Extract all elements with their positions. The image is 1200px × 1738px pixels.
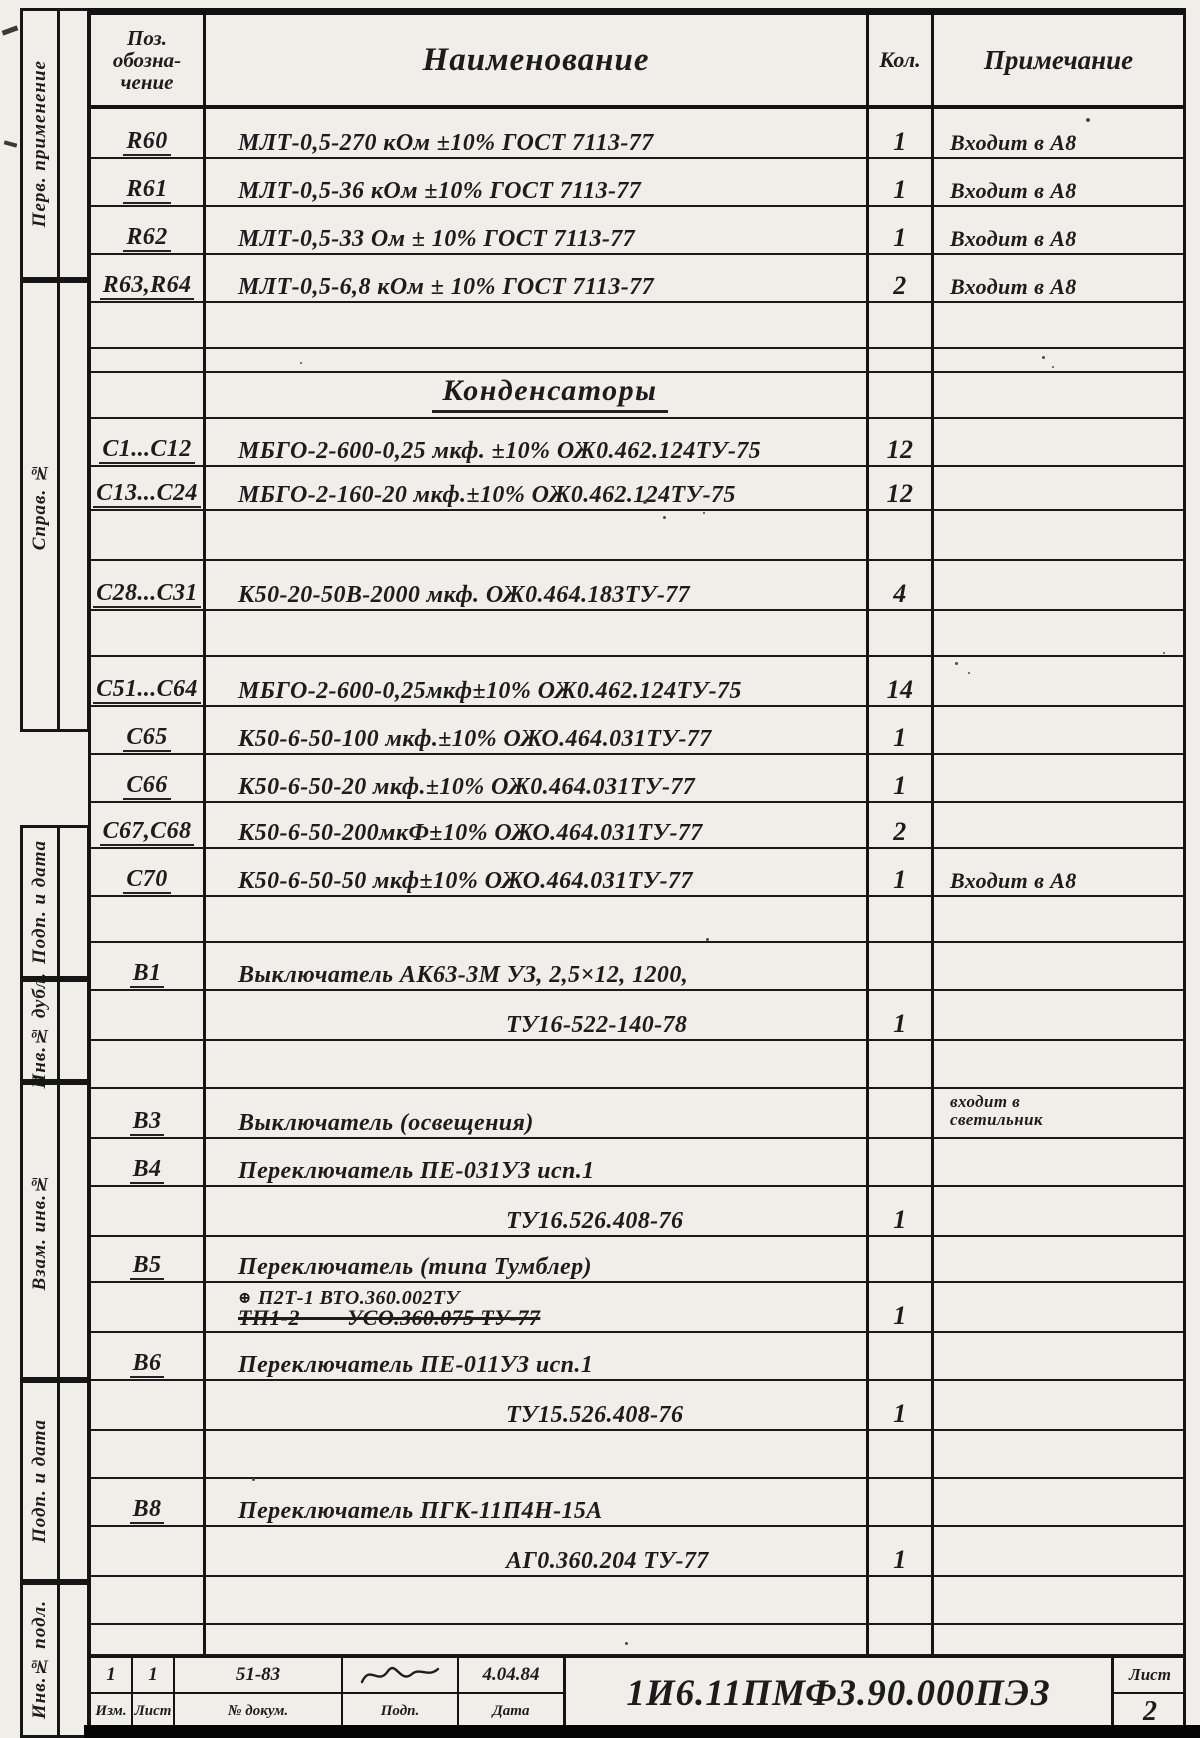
cell-note xyxy=(934,991,1183,1039)
scan-speck xyxy=(955,662,958,665)
cell-pos-designation: С13...С24 xyxy=(91,467,206,509)
row-pos-designation: R60 xyxy=(123,129,170,156)
row-pos-designation: С28...С31 xyxy=(93,581,201,608)
table-row xyxy=(91,1431,1183,1479)
table-row: С51...С64МБГО-2-600-0,25мкф±10% ОЖ0.462.… xyxy=(91,657,1183,707)
table-row: В6Переключатель ПЕ-011УЗ исп.1 xyxy=(91,1333,1183,1381)
cell-note xyxy=(934,1187,1183,1235)
row-name-continuation: АГ0.360.204 ТУ-77 xyxy=(506,1549,709,1574)
row-qty: 1 xyxy=(893,1547,906,1573)
table-row: ТУ16-522-140-781 xyxy=(91,991,1183,1041)
cell-name: МЛТ-0,5-36 кОм ±10% ГОСТ 7113-77 xyxy=(206,159,869,205)
row-name: Переключатель ПЕ-011УЗ исп.1 xyxy=(238,1353,593,1378)
cell-name: Переключатель (типа Тумблер) xyxy=(206,1237,869,1281)
row-qty: 1 xyxy=(893,1401,906,1427)
row-name-continuation: ТУ16.526.408-76 xyxy=(506,1209,683,1234)
row-note-line: светильник xyxy=(950,1111,1043,1130)
cell-qty: 14 xyxy=(869,657,934,705)
cell-note: Входит в А8 xyxy=(934,207,1183,253)
table-row: С65К50-6-50-100 мкф.±10% ОЖО.464.031ТУ-7… xyxy=(91,707,1183,755)
parts-table: Поз. обозна- чение Наименование Кол. При… xyxy=(88,8,1186,1656)
cell-note xyxy=(934,611,1183,655)
signature-cell xyxy=(343,1658,459,1692)
sheet-label: Лист xyxy=(1114,1658,1186,1694)
cell-qty xyxy=(869,1139,934,1185)
cell-qty: 1 xyxy=(869,707,934,753)
cell-qty: 2 xyxy=(869,255,934,301)
cell-pos-designation: В4 xyxy=(91,1139,206,1185)
cell-name xyxy=(206,1625,869,1654)
cell-pos-designation xyxy=(91,897,206,941)
cell-pos-designation: В6 xyxy=(91,1333,206,1379)
cell-name: Переключатель ПЕ-011УЗ исп.1 xyxy=(206,1333,869,1379)
scan-speck xyxy=(252,1478,255,1481)
cell-qty xyxy=(869,943,934,989)
sheet-number: 2 xyxy=(1114,1694,1186,1729)
row-note-multiline: входит всветильник xyxy=(950,1093,1043,1134)
row-name: МЛТ-0,5-270 кОм ±10% ГОСТ 7113-77 xyxy=(238,131,654,156)
cell-note xyxy=(934,349,1183,371)
stamp-label: Подп. и дата xyxy=(29,1419,51,1543)
row-qty: 4 xyxy=(893,581,906,607)
table-row xyxy=(91,303,1183,349)
cell-note: Входит в А8 xyxy=(934,159,1183,205)
scan-speck xyxy=(706,938,709,941)
table-row: С67,С68К50-6-50-200мкФ±10% ОЖО.464.031ТУ… xyxy=(91,803,1183,849)
row-qty: 1 xyxy=(893,1011,906,1037)
cell-note xyxy=(934,803,1183,847)
row-pos-designation: С65 xyxy=(123,725,170,752)
row-name: К50-6-50-20 мкф.±10% ОЖ0.464.031ТУ-77 xyxy=(238,775,695,800)
cell-qty xyxy=(869,1333,934,1379)
table-header-row: Поз. обозна- чение Наименование Кол. При… xyxy=(91,15,1183,109)
cell-name xyxy=(206,611,869,655)
stamp-label-zone: Инв.№ дубл. xyxy=(23,982,60,1079)
cell-name: ⊕П2Т-1 ВТО.360.002ТУТП1-2 УСО.360.075 ТУ… xyxy=(206,1283,869,1331)
cell-qty xyxy=(869,1625,934,1654)
signature-mark xyxy=(358,1662,442,1688)
row-pos-designation: В3 xyxy=(130,1109,165,1136)
cell-pos-designation: С67,С68 xyxy=(91,803,206,847)
row-pos-designation: С66 xyxy=(123,773,170,800)
row-qty: 12 xyxy=(887,481,914,507)
cell-note xyxy=(934,897,1183,941)
row-qty: 2 xyxy=(893,273,906,299)
cell-note xyxy=(934,467,1183,509)
cell-name: К50-6-50-200мкФ±10% ОЖО.464.031ТУ-77 xyxy=(206,803,869,847)
cell-pos-designation: С28...С31 xyxy=(91,561,206,609)
row-name: Выключатель АК63-3М УЗ, 2,5×12, 1200, xyxy=(238,963,688,988)
cell-qty xyxy=(869,1431,934,1477)
cell-note xyxy=(934,1139,1183,1185)
cell-note xyxy=(934,943,1183,989)
cell-qty xyxy=(869,349,934,371)
stamp-label: Справ. № xyxy=(29,461,51,550)
scan-speck xyxy=(663,516,666,519)
cell-pos-designation xyxy=(91,1041,206,1087)
row-name-continuation: ТУ16-522-140-78 xyxy=(506,1013,687,1038)
revision-label-cell: Подп. xyxy=(343,1694,459,1729)
revision-values-row: 1 1 51-83 4.04.84 xyxy=(91,1658,563,1694)
cell-pos-designation xyxy=(91,1527,206,1575)
row-note-line: входит в xyxy=(950,1093,1043,1112)
row-qty: 1 xyxy=(893,225,906,251)
table-row: С66К50-6-50-20 мкф.±10% ОЖ0.464.031ТУ-77… xyxy=(91,755,1183,803)
stamp-label: Подп. и дата xyxy=(29,840,51,964)
cell-note xyxy=(934,657,1183,705)
scan-speck xyxy=(643,500,647,504)
cell-name: К50-6-50-50 мкф±10% ОЖО.464.031ТУ-77 xyxy=(206,849,869,895)
scan-speck xyxy=(703,512,705,514)
row-name: МБГО-2-600-0,25 мкф. ±10% ОЖ0.462.124ТУ-… xyxy=(238,439,761,464)
row-pos-designation: С13...С24 xyxy=(93,481,201,508)
cell-name xyxy=(206,1041,869,1087)
row-pos-designation: В4 xyxy=(130,1157,165,1184)
cell-pos-designation xyxy=(91,1283,206,1331)
stamp-label: Взам. инв.№ xyxy=(29,1172,51,1290)
revision-label: Изм. xyxy=(95,1703,126,1720)
revision-col2: 1 xyxy=(148,1664,158,1686)
cell-qty xyxy=(869,303,934,347)
table-row: R63,R64МЛТ-0,5-6,8 кОм ± 10% ГОСТ 7113-7… xyxy=(91,255,1183,303)
row-pos-designation: С70 xyxy=(123,867,170,894)
cell-note xyxy=(934,1041,1183,1087)
table-row: Конденсаторы xyxy=(91,373,1183,419)
cell-pos-designation: R61 xyxy=(91,159,206,205)
stamp-label-zone: Справ. № xyxy=(23,283,60,729)
cell-qty: 1 xyxy=(869,991,934,1039)
row-note: Входит в А8 xyxy=(950,869,1077,892)
cell-name: К50-6-50-100 мкф.±10% ОЖО.464.031ТУ-77 xyxy=(206,707,869,753)
cell-qty: 1 xyxy=(869,1187,934,1235)
row-name: К50-6-50-100 мкф.±10% ОЖО.464.031ТУ-77 xyxy=(238,727,712,752)
stamp-box-7: Инв.№ подл. xyxy=(20,1582,90,1738)
cell-note xyxy=(934,303,1183,347)
row-name: Переключатель ПЕ-031УЗ исп.1 xyxy=(238,1159,595,1184)
row-note: Входит в А8 xyxy=(950,275,1077,298)
cell-note xyxy=(934,1283,1183,1331)
cell-name: Выключатель (освещения) xyxy=(206,1089,869,1137)
stamp-box-5: Взам. инв.№ xyxy=(20,1082,90,1380)
cell-pos-designation: R63,R64 xyxy=(91,255,206,301)
revision-doc-number: 51-83 xyxy=(236,1664,280,1686)
table-row: R60МЛТ-0,5-270 кОм ±10% ГОСТ 7113-771Вхо… xyxy=(91,109,1183,159)
scan-speck xyxy=(625,1642,628,1645)
cell-name: Переключатель ПГК-11П4Н-15А xyxy=(206,1479,869,1525)
revision-table: 1 1 51-83 4.04.84 Изм.Лист№ докум.Подп.Д… xyxy=(91,1658,566,1729)
revision-label-cell: № докум. xyxy=(175,1694,343,1729)
table-body: R60МЛТ-0,5-270 кОм ±10% ГОСТ 7113-771Вхо… xyxy=(91,109,1183,1656)
cell-name: К50-6-50-20 мкф.±10% ОЖ0.464.031ТУ-77 xyxy=(206,755,869,801)
cell-qty: 1 xyxy=(869,849,934,895)
table-row: R61МЛТ-0,5-36 кОм ±10% ГОСТ 7113-771Вход… xyxy=(91,159,1183,207)
revision-col1: 1 xyxy=(106,1664,116,1686)
table-row: С28...С31К50-20-50В-2000 мкф. ОЖ0.464.18… xyxy=(91,561,1183,611)
cell-name: МЛТ-0,5-270 кОм ±10% ГОСТ 7113-77 xyxy=(206,109,869,157)
stamp-box-3: Подп. и дата xyxy=(20,825,90,979)
header-pos-line3: чение xyxy=(120,71,173,93)
scan-speck xyxy=(1163,652,1165,654)
cell-name xyxy=(206,1577,869,1623)
cell-note xyxy=(934,1237,1183,1281)
cell-qty: 2 xyxy=(869,803,934,847)
row-pos-designation: R62 xyxy=(123,225,170,252)
row-qty: 1 xyxy=(893,1207,906,1233)
struck-out-text: ТП1-2 УСО.360.075 ТУ-77 xyxy=(238,1305,540,1331)
cell-pos-designation: В8 xyxy=(91,1479,206,1525)
cell-pos-designation: В3 xyxy=(91,1089,206,1137)
cell-note: Входит в А8 xyxy=(934,255,1183,301)
row-qty: 1 xyxy=(893,773,906,799)
revision-labels-row: Изм.Лист№ докум.Подп.Дата xyxy=(91,1694,563,1729)
row-qty: 2 xyxy=(893,819,906,845)
revision-label: Лист xyxy=(135,1703,172,1720)
table-row: В4Переключатель ПЕ-031УЗ исп.1 xyxy=(91,1139,1183,1187)
cell-name: МБГО-2-160-20 мкф.±10% ОЖ0.462.124ТУ-75 xyxy=(206,467,869,509)
cell-pos-designation: R60 xyxy=(91,109,206,157)
row-name: Переключатель (типа Тумблер) xyxy=(238,1255,592,1280)
row-qty: 1 xyxy=(893,129,906,155)
cell-note: Входит в А8 xyxy=(934,109,1183,157)
table-row: В5Переключатель (типа Тумблер) xyxy=(91,1237,1183,1283)
cell-note xyxy=(934,1431,1183,1477)
section-title: Конденсаторы xyxy=(432,374,667,413)
stamp-label-zone: Перв. применение xyxy=(23,11,60,277)
table-row: R62МЛТ-0,5-33 Ом ± 10% ГОСТ 7113-771Вход… xyxy=(91,207,1183,255)
parts-list-sheet: Перв. применениеСправ. №Подп. и датаИнв.… xyxy=(0,0,1200,1738)
row-name: МЛТ-0,5-33 Ом ± 10% ГОСТ 7113-77 xyxy=(238,227,635,252)
table-row: В8Переключатель ПГК-11П4Н-15А xyxy=(91,1479,1183,1527)
row-pos-designation: С67,С68 xyxy=(100,819,195,846)
revision-label-cell: Лист xyxy=(133,1694,175,1729)
row-pos-designation: В1 xyxy=(130,961,165,988)
cell-name xyxy=(206,303,869,347)
cell-pos-designation xyxy=(91,1625,206,1654)
table-row: АГ0.360.204 ТУ-771 xyxy=(91,1527,1183,1577)
row-note: Входит в А8 xyxy=(950,179,1077,202)
header-qty: Кол. xyxy=(869,15,934,105)
row-pos-designation: R61 xyxy=(123,177,170,204)
cell-name: МЛТ-0,5-33 Ом ± 10% ГОСТ 7113-77 xyxy=(206,207,869,253)
cell-note xyxy=(934,1527,1183,1575)
cell-note: входит всветильник xyxy=(934,1089,1183,1137)
document-number-area: 1И6.11ПМФ3.90.000ПЭЗ xyxy=(566,1658,1111,1729)
row-name: Переключатель ПГК-11П4Н-15А xyxy=(238,1499,603,1524)
cell-qty: 1 xyxy=(869,207,934,253)
table-row: С1...С12МБГО-2-600-0,25 мкф. ±10% ОЖ0.46… xyxy=(91,419,1183,467)
cell-pos-designation xyxy=(91,991,206,1039)
table-row: С13...С24МБГО-2-160-20 мкф.±10% ОЖ0.462.… xyxy=(91,467,1183,511)
row-qty: 1 xyxy=(893,867,906,893)
cell-name xyxy=(206,511,869,559)
cell-pos-designation xyxy=(91,373,206,417)
row-name: МБГО-2-160-20 мкф.±10% ОЖ0.462.124ТУ-75 xyxy=(238,483,736,508)
cell-name: ТУ16.526.408-76 xyxy=(206,1187,869,1235)
cell-name: Конденсаторы xyxy=(206,373,869,417)
cell-pos-designation xyxy=(91,303,206,347)
row-qty: 1 xyxy=(893,725,906,751)
table-row xyxy=(91,1041,1183,1089)
cell-qty: 1 xyxy=(869,1381,934,1429)
stamp-label: Перв. применение xyxy=(29,60,51,227)
cell-pos-designation: С66 xyxy=(91,755,206,801)
cell-pos-designation xyxy=(91,1577,206,1623)
stamp-label: Инв.№ подл. xyxy=(29,1600,51,1719)
cell-name: ТУ15.526.408-76 xyxy=(206,1381,869,1429)
table-row xyxy=(91,897,1183,943)
row-pos-designation: R63,R64 xyxy=(100,273,195,300)
corner-mark xyxy=(2,25,19,35)
revision-date: 4.04.84 xyxy=(483,1664,540,1686)
stamp-box-4: Инв.№ дубл. xyxy=(20,979,90,1082)
cell-pos-designation xyxy=(91,511,206,559)
row-name-continuation: ТУ15.526.408-76 xyxy=(506,1403,683,1428)
cell-qty: 1 xyxy=(869,755,934,801)
row-pos-designation: В5 xyxy=(130,1253,165,1280)
stamp-box-1: Перв. применение xyxy=(20,8,90,280)
row-pos-designation: С1...С12 xyxy=(99,437,194,464)
cell-qty xyxy=(869,1237,934,1281)
scan-speck xyxy=(1052,366,1054,368)
cell-name xyxy=(206,1431,869,1477)
sheet-number-box: Лист 2 xyxy=(1111,1658,1186,1729)
cell-qty xyxy=(869,511,934,559)
row-pos-designation: В6 xyxy=(130,1351,165,1378)
header-pos-line1: Поз. xyxy=(127,27,167,49)
revision-label: Дата xyxy=(493,1703,530,1720)
row-name: МЛТ-0,5-6,8 кОм ± 10% ГОСТ 7113-77 xyxy=(238,275,654,300)
cell-pos-designation: R62 xyxy=(91,207,206,253)
cell-qty: 1 xyxy=(869,109,934,157)
cell-qty xyxy=(869,1089,934,1137)
cell-qty xyxy=(869,373,934,417)
cell-name: МБГО-2-600-0,25 мкф. ±10% ОЖ0.462.124ТУ-… xyxy=(206,419,869,465)
corner-mark xyxy=(4,140,18,147)
revision-label-cell: Дата xyxy=(459,1694,563,1729)
cell-note xyxy=(934,373,1183,417)
cell-qty xyxy=(869,897,934,941)
cell-qty xyxy=(869,1479,934,1525)
stamp-label-zone: Подп. и дата xyxy=(23,828,60,976)
scan-speck xyxy=(1086,118,1090,122)
row-pos-designation: В8 xyxy=(130,1497,165,1524)
table-row: ⊕П2Т-1 ВТО.360.002ТУТП1-2 УСО.360.075 ТУ… xyxy=(91,1283,1183,1333)
table-row: В1Выключатель АК63-3М УЗ, 2,5×12, 1200, xyxy=(91,943,1183,991)
cell-name: АГ0.360.204 ТУ-77 xyxy=(206,1527,869,1575)
header-pos-designation: Поз. обозна- чение xyxy=(91,15,206,105)
cell-note xyxy=(934,1333,1183,1379)
title-block: 1 1 51-83 4.04.84 Изм.Лист№ докум.Подп.Д… xyxy=(88,1655,1186,1726)
cell-pos-designation xyxy=(91,1381,206,1429)
table-row xyxy=(91,1577,1183,1625)
cell-note xyxy=(934,1577,1183,1623)
cell-name: Выключатель АК63-3М УЗ, 2,5×12, 1200, xyxy=(206,943,869,989)
cell-qty xyxy=(869,1041,934,1087)
cell-name: Переключатель ПЕ-031УЗ исп.1 xyxy=(206,1139,869,1185)
table-row: ТУ15.526.408-761 xyxy=(91,1381,1183,1431)
scan-speck xyxy=(1042,356,1045,359)
cell-qty xyxy=(869,1577,934,1623)
stamp-label-zone: Взам. инв.№ xyxy=(23,1085,60,1377)
cell-pos-designation: В5 xyxy=(91,1237,206,1281)
row-pos-designation: С51...С64 xyxy=(93,677,201,704)
revision-label: Подп. xyxy=(381,1703,420,1720)
cell-note xyxy=(934,1381,1183,1429)
cell-qty: 4 xyxy=(869,561,934,609)
document-number: 1И6.11ПМФ3.90.000ПЭЗ xyxy=(626,1672,1050,1715)
stamp-box-2: Справ. № xyxy=(20,280,90,732)
row-name: К50-6-50-50 мкф±10% ОЖО.464.031ТУ-77 xyxy=(238,869,693,894)
scan-speck xyxy=(300,362,302,364)
header-pos-line2: обозна- xyxy=(113,49,181,71)
row-name: МЛТ-0,5-36 кОм ±10% ГОСТ 7113-77 xyxy=(238,179,641,204)
row-name: МБГО-2-600-0,25мкф±10% ОЖ0.462.124ТУ-75 xyxy=(238,679,742,704)
cell-name: МБГО-2-600-0,25мкф±10% ОЖ0.462.124ТУ-75 xyxy=(206,657,869,705)
cell-pos-designation xyxy=(91,611,206,655)
cell-note: Входит в А8 xyxy=(934,849,1183,895)
stamp-label-zone: Инв.№ подл. xyxy=(23,1585,60,1735)
cell-pos-designation xyxy=(91,1431,206,1477)
cell-note xyxy=(934,1479,1183,1525)
table-row xyxy=(91,611,1183,657)
scan-speck xyxy=(968,672,970,674)
cell-pos-designation: С1...С12 xyxy=(91,419,206,465)
stamp-label-zone: Подп. и дата xyxy=(23,1383,60,1579)
row-qty: 14 xyxy=(887,677,914,703)
cell-pos-designation xyxy=(91,349,206,371)
row-qty: 12 xyxy=(887,437,914,463)
table-row: В3Выключатель (освещения)входит всветиль… xyxy=(91,1089,1183,1139)
row-name: К50-20-50В-2000 мкф. ОЖ0.464.183ТУ-77 xyxy=(238,583,690,608)
header-name: Наименование xyxy=(206,15,869,105)
row-qty: 1 xyxy=(893,177,906,203)
cell-qty: 12 xyxy=(869,467,934,509)
cell-name xyxy=(206,349,869,371)
cell-name: К50-20-50В-2000 мкф. ОЖ0.464.183ТУ-77 xyxy=(206,561,869,609)
table-row: С70К50-6-50-50 мкф±10% ОЖО.464.031ТУ-771… xyxy=(91,849,1183,897)
cell-qty: 1 xyxy=(869,1527,934,1575)
cell-qty: 1 xyxy=(869,1283,934,1331)
cell-note xyxy=(934,511,1183,559)
cell-qty xyxy=(869,611,934,655)
scan-edge-bar xyxy=(84,1725,1200,1738)
cell-name: МЛТ-0,5-6,8 кОм ± 10% ГОСТ 7113-77 xyxy=(206,255,869,301)
cell-note xyxy=(934,1625,1183,1654)
row-note: Входит в А8 xyxy=(950,227,1077,250)
cell-note xyxy=(934,707,1183,753)
table-row xyxy=(91,349,1183,373)
cell-note xyxy=(934,561,1183,609)
cell-note xyxy=(934,755,1183,801)
table-row xyxy=(91,1625,1183,1656)
row-name: Выключатель (освещения) xyxy=(238,1111,534,1136)
row-name: К50-6-50-200мкФ±10% ОЖО.464.031ТУ-77 xyxy=(238,821,703,846)
stamp-box-6: Подп. и дата xyxy=(20,1380,90,1582)
cell-name xyxy=(206,897,869,941)
row-qty: 1 xyxy=(893,1303,906,1329)
table-row: ТУ16.526.408-761 xyxy=(91,1187,1183,1237)
header-note: Примечание xyxy=(934,15,1183,105)
cell-pos-designation: С65 xyxy=(91,707,206,753)
cell-note xyxy=(934,419,1183,465)
revision-label-cell: Изм. xyxy=(91,1694,133,1729)
cell-pos-designation: С70 xyxy=(91,849,206,895)
revision-label: № докум. xyxy=(228,1703,288,1720)
cell-qty: 1 xyxy=(869,159,934,205)
row-note: Входит в А8 xyxy=(950,131,1077,154)
table-row xyxy=(91,511,1183,561)
cell-name: ТУ16-522-140-78 xyxy=(206,991,869,1039)
